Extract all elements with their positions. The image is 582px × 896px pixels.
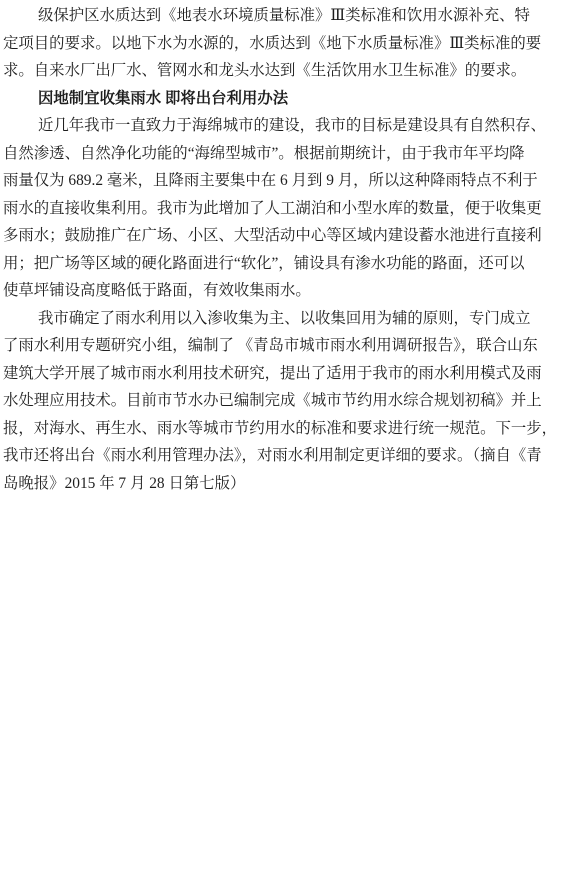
text-line: 我市还将出台《雨水利用管理办法》，对雨水利用制定更详细的要求。（摘自《青 xyxy=(3,442,566,470)
paragraph-sponge-city: 近几年我市一直致力于海绵城市的建设，我市的目标是建设具有自然积存、 自然渗透、自… xyxy=(3,112,566,305)
section-heading: 因地制宜收集雨水 即将出台利用办法 xyxy=(3,85,566,113)
text-line: 报，对海水、再生水、雨水等城市节约用水的标准和要求进行统一规范。下一步， xyxy=(3,415,566,443)
document-page: 级保护区水质达到《地表水环境质量标准》Ⅲ类标准和饮用水源补充、特 定项目的要求。… xyxy=(0,0,582,896)
text-line: 雨水的直接收集利用。我市为此增加了人工湖泊和小型水库的数量，便于收集更 xyxy=(3,195,566,223)
text-line: 级保护区水质达到《地表水环境质量标准》Ⅲ类标准和饮用水源补充、特 xyxy=(3,2,566,30)
text-line: 自然渗透、自然净化功能的“海绵型城市”。根据前期统计，由于我市年平均降 xyxy=(3,140,566,168)
text-line: 雨量仅为 689.2 毫米，且降雨主要集中在 6 月到 9 月，所以这种降雨特点… xyxy=(3,167,566,195)
text-line: 建筑大学开展了城市雨水利用技术研究，提出了适用于我市的雨水利用模式及雨 xyxy=(3,360,566,388)
text-line: 了雨水利用专题研究小组，编制了 《青岛市城市雨水利用调研报告》，联合山东 xyxy=(3,332,566,360)
text-line: 定项目的要求。以地下水为水源的，水质达到《地下水质量标准》Ⅲ类标准的要 xyxy=(3,30,566,58)
source-citation-line: 岛晚报》2015 年 7 月 28 日第七版） xyxy=(3,470,566,498)
text-line: 近几年我市一直致力于海绵城市的建设，我市的目标是建设具有自然积存、 xyxy=(3,112,566,140)
paragraph-utilization: 我市确定了雨水利用以入渗收集为主、以收集回用为辅的原则，专门成立 了雨水利用专题… xyxy=(3,305,566,498)
text-line: 用；把广场等区域的硬化路面进行“软化”，铺设具有渗水功能的路面，还可以 xyxy=(3,250,566,278)
text-line: 使草坪铺设高度略低于路面，有效收集雨水。 xyxy=(3,277,566,305)
text-line: 求。自来水厂出厂水、管网水和龙头水达到《生活饮用水卫生标准》的要求。 xyxy=(3,57,566,85)
paragraph-water-quality: 级保护区水质达到《地表水环境质量标准》Ⅲ类标准和饮用水源补充、特 定项目的要求。… xyxy=(3,2,566,85)
text-line: 我市确定了雨水利用以入渗收集为主、以收集回用为辅的原则，专门成立 xyxy=(3,305,566,333)
text-line: 多雨水；鼓励推广在广场、小区、大型活动中心等区域内建设蓄水池进行直接利 xyxy=(3,222,566,250)
text-line: 水处理应用技术。目前市节水办已编制完成《城市节约用水综合规划初稿》并上 xyxy=(3,387,566,415)
